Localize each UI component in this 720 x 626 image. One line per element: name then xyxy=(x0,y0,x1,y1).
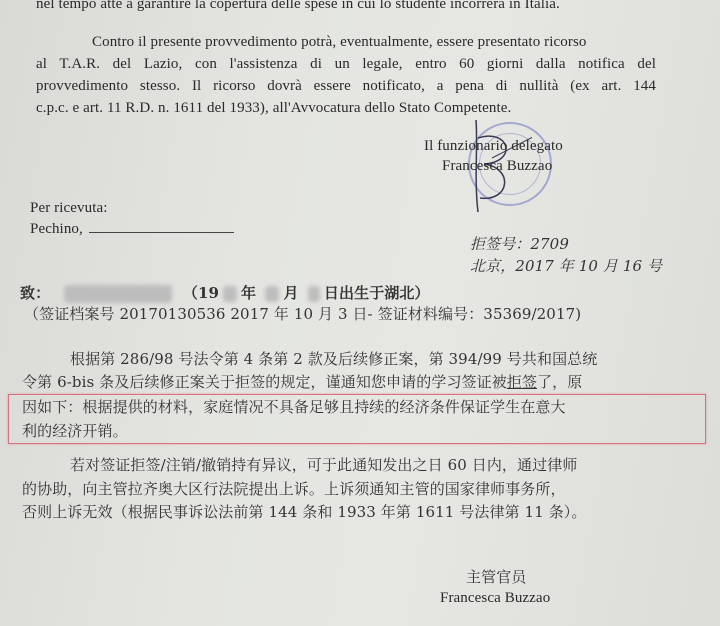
body-line: 的协助，向主管拉齐奥大区行法院提出上诉。上诉须通知主管的国家律师事务所， xyxy=(22,478,566,499)
signatory-title: Il funzionario delegato xyxy=(424,138,563,155)
signatory-name: Francesca Buzzao xyxy=(442,158,552,175)
appeal-line: c.p.c. e art. 11 R.D. n. 1611 del 1933),… xyxy=(36,100,511,117)
official-title: 主管官员 xyxy=(466,566,526,587)
body-line: 否则上诉无效（根据民事诉讼法前第 144 条和 1933 年第 1611 号法律… xyxy=(22,501,587,522)
body-line: 若对签证拒签/注销/撤销持有异议，可于此通知发出之日 60 日内，通过律师 xyxy=(70,454,577,475)
receipt-blank-line xyxy=(89,232,234,233)
body-text: 令第 6-bis 条及后续修正案关于拒签的规定，谨通知您申请的学习签证被 xyxy=(22,373,507,391)
visa-file-line: （签证档案号 20170130536 2017 年 10 月 3 日- 签证材料… xyxy=(24,303,581,324)
year-suffix: 年 xyxy=(241,284,256,302)
highlight-box xyxy=(8,394,706,444)
redacted-name xyxy=(64,285,172,303)
redacted-day xyxy=(308,286,320,302)
month-suffix: 月 xyxy=(283,284,298,302)
appeal-line: al T.A.R. del Lazio, con l'assistenza di… xyxy=(36,56,656,73)
receipt-label: Per ricevuta: xyxy=(30,200,108,217)
redacted-month xyxy=(265,286,279,302)
addressee-line: 致： （19年 月 日出生于湖北） xyxy=(20,282,430,303)
redacted-year xyxy=(223,286,237,302)
refusal-place-date: 北京，2017 年 10 月 16 号 xyxy=(470,255,662,276)
appeal-line: Contro il presente provvedimento potrà, … xyxy=(92,34,656,51)
refused-underlined: 拒签 xyxy=(507,373,537,391)
receipt-field: Pechino, xyxy=(30,221,234,238)
body-text: 了，原 xyxy=(537,373,582,391)
appeal-line: provvedimento stesso. Il ricorso dovrà e… xyxy=(36,78,656,95)
birth-prefix: （19 xyxy=(183,284,219,302)
day-suffix: 日出生于湖北） xyxy=(324,284,430,302)
official-name: Francesca Buzzao xyxy=(440,590,550,607)
to-label: 致： xyxy=(20,284,50,302)
body-line: 令第 6-bis 条及后续修正案关于拒签的规定，谨通知您申请的学习签证被拒签了，… xyxy=(22,371,582,392)
receipt-place: Pechino, xyxy=(30,221,83,237)
visa-refusal-letter: nel tempo atte a garantire la copertura … xyxy=(0,0,720,626)
refusal-number: 拒签号：2709 xyxy=(470,233,569,254)
body-line: 根据第 286/98 号法令第 4 条第 2 款及后续修正案，第 394/99 … xyxy=(70,348,597,369)
italian-top-line: nel tempo atte a garantire la copertura … xyxy=(36,0,560,13)
